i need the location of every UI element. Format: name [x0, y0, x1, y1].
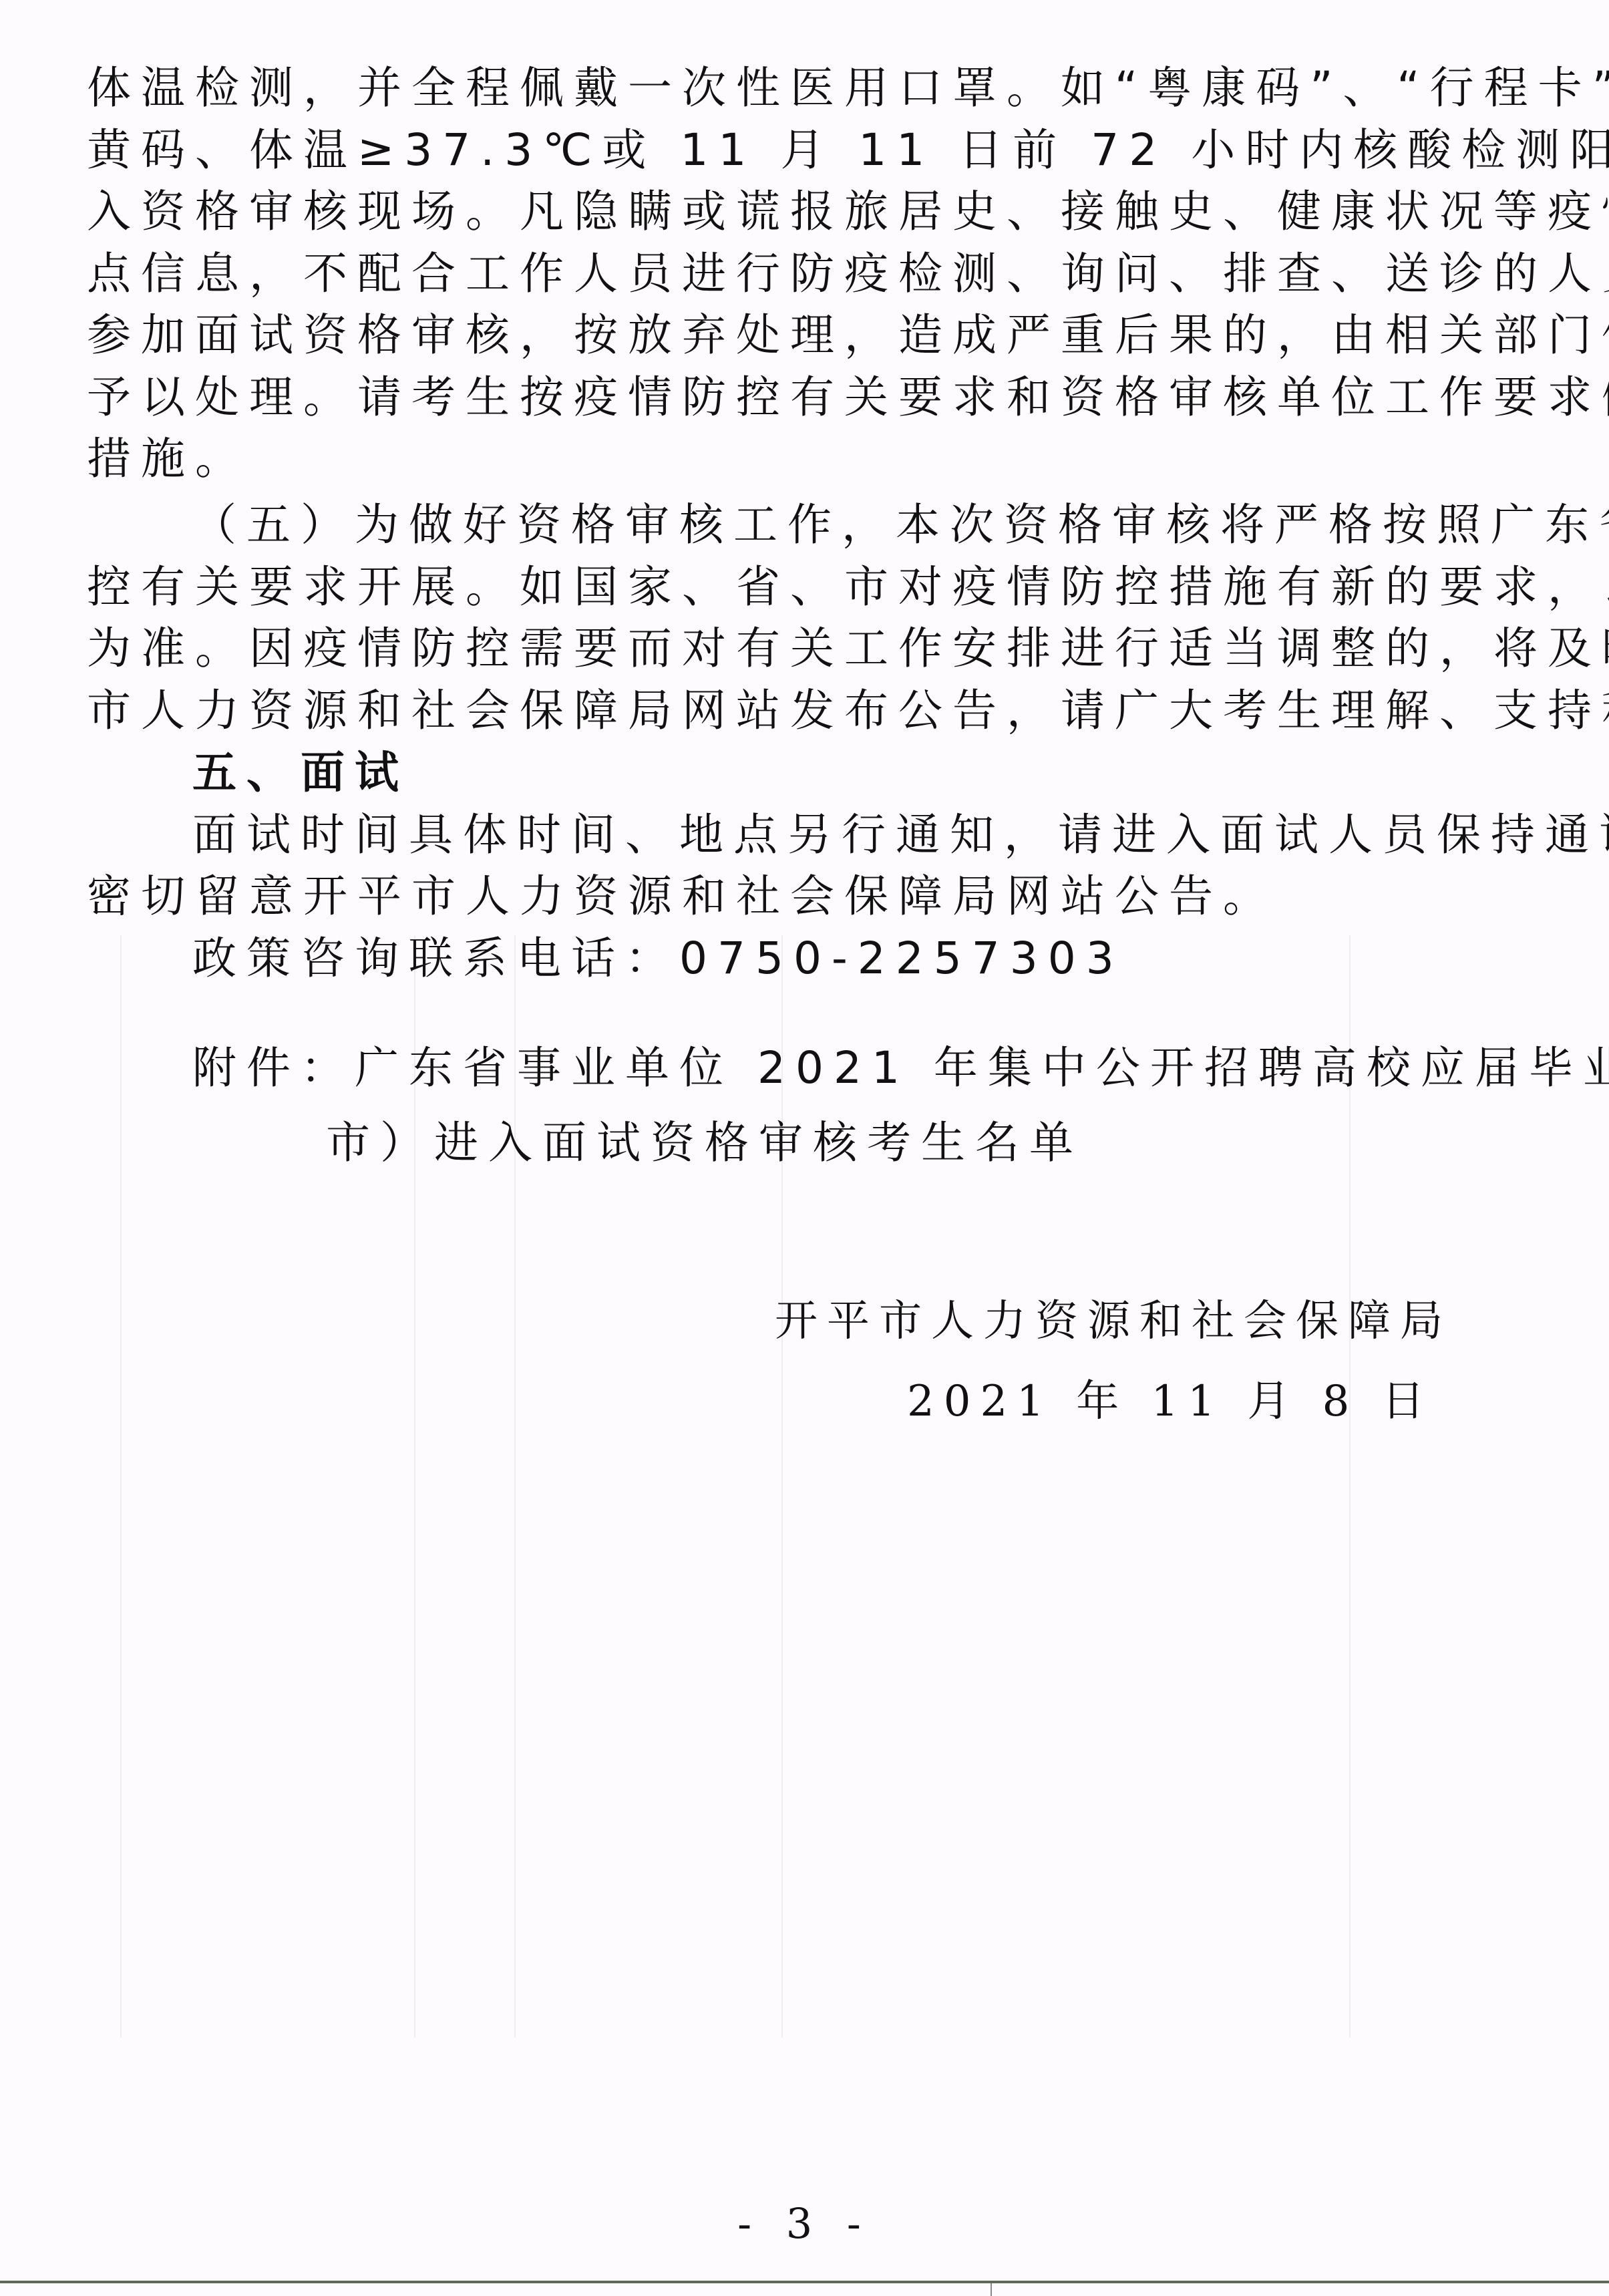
document-page: 体温检测，并全程佩戴一次性医用口罩。如“粤康码”、“行程卡”为红 黄码、体温≥3… [0, 0, 1609, 2296]
paragraph-item-five: （五）为做好资格审核工作，本次资格审核将严格按照广东省疫情防 控有关要求开展。如… [87, 494, 1509, 742]
text-line: 为准。因疫情防控需要而对有关工作安排进行适当调整的，将及时在开平 [87, 618, 1509, 680]
text-line: 控有关要求开展。如国家、省、市对疫情防控措施有新的要求，以新要求 [87, 556, 1509, 619]
text-line: 体温检测，并全程佩戴一次性医用口罩。如“粤康码”、“行程卡”为红 [87, 57, 1509, 120]
text-line: 入资格审核现场。凡隐瞒或谎报旅居史、接触史、健康状况等疫情防控重 [87, 181, 1509, 243]
scan-edge-line [0, 2281, 1609, 2283]
text-line: 点信息，不配合工作人员进行防疫检测、询问、排查、送诊的人员，不得 [87, 243, 1509, 305]
text-line: 市人力资源和社会保障局网站发布公告，请广大考生理解、支持和配合。 [87, 680, 1509, 742]
paragraph-epidemic-requirements: 体温检测，并全程佩戴一次性医用口罩。如“粤康码”、“行程卡”为红 黄码、体温≥3… [87, 57, 1509, 490]
attachment-line: 市）进入面试资格审核考生名单 [192, 1106, 1609, 1180]
issue-date: 2021 年 11 月 8 日 [775, 1361, 1452, 1442]
text-line: 黄码、体温≥37.3℃或 11 月 11 日前 72 小时内核酸检测阳性的，不得… [87, 120, 1509, 182]
scan-edge-tick [991, 2283, 992, 2296]
bleed-through-line [120, 935, 122, 2037]
signature-block: 开平市人力资源和社会保障局 2021 年 11 月 8 日 [775, 1281, 1452, 1442]
attachment-line: 附件：广东省事业单位 2021 年集中公开招聘高校应届毕业生（开平 [192, 1031, 1609, 1106]
text-line: 密切留意开平市人力资源和社会保障局网站公告。 [87, 866, 1509, 928]
text-line: （五）为做好资格审核工作，本次资格审核将严格按照广东省疫情防 [87, 494, 1509, 556]
page-number: - 3 - [0, 2199, 1609, 2248]
contact-phone: 政策咨询联系电话：0750-2257303 [87, 928, 1509, 990]
section-interview: 五、面试 面试时间具体时间、地点另行通知，请进入面试人员保持通讯畅通并 密切留意… [87, 742, 1509, 989]
text-line: 予以处理。请考生按疫情防控有关要求和资格审核单位工作要求做好防疫 [87, 367, 1509, 429]
text-line: 面试时间具体时间、地点另行通知，请进入面试人员保持通讯畅通并 [87, 804, 1509, 866]
section-heading: 五、面试 [87, 742, 1509, 804]
issuing-organization: 开平市人力资源和社会保障局 [775, 1281, 1452, 1361]
text-line: 措施。 [87, 428, 1509, 490]
attachment-note: 附件：广东省事业单位 2021 年集中公开招聘高校应届毕业生（开平 市）进入面试… [192, 1031, 1609, 1180]
text-line: 参加面试资格审核，按放弃处理，造成严重后果的，由相关部门依法依规 [87, 305, 1509, 367]
